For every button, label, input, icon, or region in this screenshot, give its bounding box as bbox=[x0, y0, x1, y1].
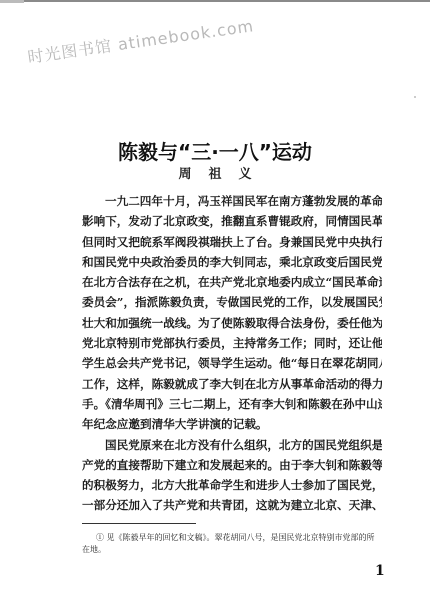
page-top-border bbox=[0, 0, 430, 2]
text-line: 一九二四年十月，冯玉祥国民军在南方蓬勃发展的革命形势 bbox=[82, 191, 382, 211]
footnote-line: 在地。 bbox=[82, 544, 382, 556]
footnote-line: ① 见《陈毅早年的回忆和文稿》。翠花胡同八号，是国民党北京特别市党部的所 bbox=[82, 532, 382, 544]
article-body: 一九二四年十月，冯玉祥国民军在南方蓬勃发展的革命形势 影响下，发动了北京政变，推… bbox=[82, 191, 382, 516]
text-line: 学生总会共产党书记，领导学生运动。他“每日在翠花胡同八号”① bbox=[82, 353, 382, 373]
text-line: 年纪念应邀到清华大学讲演的记载。 bbox=[82, 414, 382, 434]
text-line: 和国民党中央政治委员的李大钊同志，乘北京政变后国民党可以 bbox=[82, 252, 382, 272]
watermark: 时光图书馆 atimebook.com bbox=[26, 13, 255, 68]
text-line: 在北方合法存在之机，在共产党北京地委内成立“国民革命运动 bbox=[82, 272, 382, 292]
footnote: ① 见《陈毅早年的回忆和文稿》。翠花胡同八号，是国民党北京特别市党部的所 在地。 bbox=[82, 532, 382, 556]
text-line: 手。《清华周刊》三七二期上，还有李大钊和陈毅在孙中山逝世周 bbox=[82, 394, 382, 414]
text-line: 一部分还加入了共产党和共青团，这就为建立北京、天津、直隶 bbox=[82, 495, 382, 515]
paragraph: 一九二四年十月，冯玉祥国民军在南方蓬勃发展的革命形势 影响下，发动了北京政变，推… bbox=[82, 191, 382, 435]
article-title: 陈毅与“三·一八”运动 bbox=[0, 136, 430, 165]
text-line: 委员会”，指派陈毅负责，专做国民党的工作，以发展国民党， bbox=[82, 292, 382, 312]
text-line: 的积极努力，北方大批革命学生和进步人士参加了国民党，其中 bbox=[82, 475, 382, 495]
text-line: 国民党原来在北方没有什么组织，北方的国民党组织是在共 bbox=[82, 435, 382, 455]
paragraph: 国民党原来在北方没有什么组织，北方的国民党组织是在共 产党的直接帮助下建立和发展… bbox=[82, 435, 382, 516]
text-line: 壮大和加强统一战线。为了使陈毅取得合法身份，委任他为国民 bbox=[82, 313, 382, 333]
footnote-divider bbox=[82, 523, 196, 524]
text-line: 但同时又把皖系军阀段祺瑞扶上了台。身兼国民党中央执行委员 bbox=[82, 232, 382, 252]
article-author: 周祖义 bbox=[0, 163, 430, 182]
text-line: 影响下，发动了北京政变，推翻直系曹锟政府，同情国民革命， bbox=[82, 211, 382, 231]
page-top-border-mark bbox=[0, 0, 24, 3]
text-line: 党北京特别市党部执行委员，主持常务工作；同时，还让他担任 bbox=[82, 333, 382, 353]
page-number: 1 bbox=[375, 563, 385, 579]
text-line: 产党的直接帮助下建立和发展起来的。由于李大钊和陈毅等同志 bbox=[82, 455, 382, 475]
text-line: 工作，这样，陈毅就成了李大钊在北方从事革命活动的得力助 bbox=[82, 374, 382, 394]
scan-speck bbox=[414, 96, 416, 98]
